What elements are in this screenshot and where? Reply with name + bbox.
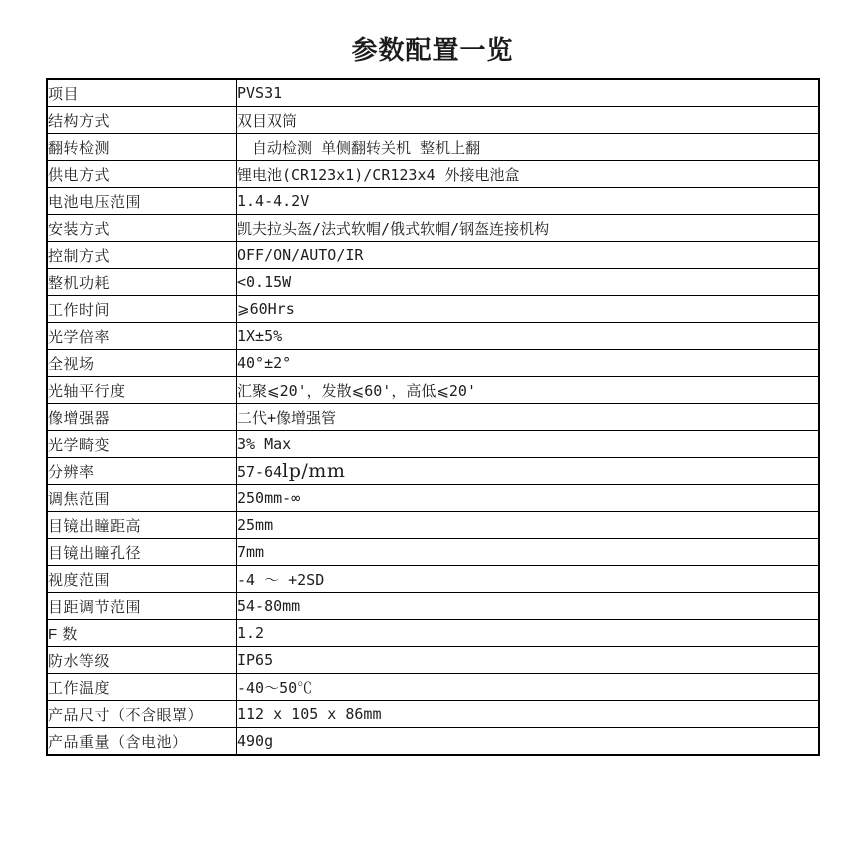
param-value: 双目双筒	[237, 112, 297, 130]
table-row: 调焦范围250mm-∞	[47, 485, 819, 512]
param-value-cell: 1.2	[237, 620, 820, 647]
param-value-cell: IP65	[237, 647, 820, 674]
param-value-cell: PVS31	[237, 79, 820, 107]
param-value: 3% Max	[237, 435, 291, 453]
param-label: 项目	[47, 79, 237, 107]
spec-table: 项目PVS31结构方式双目双筒翻转检测自动检测 单侧翻转关机 整机上翻供电方式锂…	[46, 78, 820, 756]
param-value: PVS31	[237, 84, 282, 102]
param-value: 1.2	[237, 624, 264, 642]
param-value: 7mm	[237, 543, 264, 561]
table-row: 像增强器二代+像增强管	[47, 404, 819, 431]
param-label: 翻转检测	[47, 134, 237, 161]
table-row: 控制方式OFF/ON/AUTO/IR	[47, 242, 819, 269]
param-value: 54-80mm	[237, 597, 300, 615]
param-label: 电池电压范围	[47, 188, 237, 215]
table-row: 目镜出瞳距高25mm	[47, 512, 819, 539]
param-value-cell: 1X±5%	[237, 323, 820, 350]
param-label: 供电方式	[47, 161, 237, 188]
param-value-cell: 双目双筒	[237, 107, 820, 134]
param-label: 防水等级	[47, 647, 237, 674]
table-row: 整机功耗<0.15W	[47, 269, 819, 296]
param-label: 安装方式	[47, 215, 237, 242]
param-value: ⩾60Hrs	[237, 300, 295, 318]
param-label: 目镜出瞳孔径	[47, 539, 237, 566]
param-value-cell: -40～50℃	[237, 674, 820, 701]
table-row: F 数1.2	[47, 620, 819, 647]
param-value: IP65	[237, 651, 273, 669]
table-row: 目距调节范围54-80mm	[47, 593, 819, 620]
table-row: 全视场40°±2°	[47, 350, 819, 377]
param-label: F 数	[47, 620, 237, 647]
param-label: 分辨率	[47, 458, 237, 485]
param-value-cell: 凯夫拉头盔/法式软帽/俄式软帽/钢盔连接机构	[237, 215, 820, 242]
table-row: 安装方式凯夫拉头盔/法式软帽/俄式软帽/钢盔连接机构	[47, 215, 819, 242]
param-value: 1.4-4.2V	[237, 192, 309, 210]
param-value: 112 x 105 x 86mm	[237, 705, 382, 723]
param-value-cell: 490g	[237, 728, 820, 756]
param-value-cell: 112 x 105 x 86mm	[237, 701, 820, 728]
table-row: 视度范围-4 ～ +2SD	[47, 566, 819, 593]
table-row: 光轴平行度汇聚⩽20'，发散⩽60'，高低⩽20'	[47, 377, 819, 404]
param-label: 像增强器	[47, 404, 237, 431]
table-row: 结构方式双目双筒	[47, 107, 819, 134]
param-value: 25mm	[237, 516, 273, 534]
param-label: 工作温度	[47, 674, 237, 701]
table-row: 供电方式锂电池(CR123x1)/CR123x4 外接电池盒	[47, 161, 819, 188]
page-title: 参数配置一览	[0, 30, 865, 67]
param-value: 自动检测 单侧翻转关机 整机上翻	[252, 139, 480, 157]
param-value-suffix: lp/mm	[282, 460, 345, 482]
table-row: 工作时间⩾60Hrs	[47, 296, 819, 323]
param-value-cell: 40°±2°	[237, 350, 820, 377]
param-value-cell: 57-64lp/mm	[237, 458, 820, 485]
param-label: 目距调节范围	[47, 593, 237, 620]
param-value-cell: ⩾60Hrs	[237, 296, 820, 323]
param-label: 全视场	[47, 350, 237, 377]
param-value: 锂电池(CR123x1)/CR123x4 外接电池盒	[237, 166, 520, 184]
param-value-cell: <0.15W	[237, 269, 820, 296]
table-row: 产品重量（含电池）490g	[47, 728, 819, 756]
param-value-cell: 自动检测 单侧翻转关机 整机上翻	[237, 134, 820, 161]
table-row: 项目PVS31	[47, 79, 819, 107]
param-label: 整机功耗	[47, 269, 237, 296]
table-row: 光学倍率1X±5%	[47, 323, 819, 350]
param-value: 490g	[237, 732, 273, 750]
table-row: 目镜出瞳孔径7mm	[47, 539, 819, 566]
table-row: 光学畸变3% Max	[47, 431, 819, 458]
param-value-cell: 二代+像增强管	[237, 404, 820, 431]
param-value-cell: 3% Max	[237, 431, 820, 458]
table-row: 产品尺寸（不含眼罩）112 x 105 x 86mm	[47, 701, 819, 728]
param-value: 250mm-∞	[237, 489, 300, 507]
table-row: 电池电压范围1.4-4.2V	[47, 188, 819, 215]
param-value-cell: 25mm	[237, 512, 820, 539]
param-value-cell: 54-80mm	[237, 593, 820, 620]
param-label: 工作时间	[47, 296, 237, 323]
param-label: 产品尺寸（不含眼罩）	[47, 701, 237, 728]
param-value: 1X±5%	[237, 327, 282, 345]
param-value: 40°±2°	[237, 354, 291, 372]
param-value-cell: -4 ～ +2SD	[237, 566, 820, 593]
param-label: 光轴平行度	[47, 377, 237, 404]
param-label: 光学畸变	[47, 431, 237, 458]
param-value: -4 ～ +2SD	[237, 571, 324, 589]
param-value-cell: 250mm-∞	[237, 485, 820, 512]
param-value: 二代+像增强管	[237, 409, 336, 427]
spec-sheet-page: 参数配置一览 项目PVS31结构方式双目双筒翻转检测自动检测 单侧翻转关机 整机…	[0, 0, 865, 865]
table-row: 防水等级IP65	[47, 647, 819, 674]
param-value-cell: 锂电池(CR123x1)/CR123x4 外接电池盒	[237, 161, 820, 188]
param-value-cell: 1.4-4.2V	[237, 188, 820, 215]
param-value-cell: 7mm	[237, 539, 820, 566]
table-row: 翻转检测自动检测 单侧翻转关机 整机上翻	[47, 134, 819, 161]
param-label: 控制方式	[47, 242, 237, 269]
param-value-cell: OFF/ON/AUTO/IR	[237, 242, 820, 269]
param-value: -40～50℃	[237, 679, 312, 697]
param-label: 结构方式	[47, 107, 237, 134]
param-label: 视度范围	[47, 566, 237, 593]
param-label: 目镜出瞳距高	[47, 512, 237, 539]
param-value: 凯夫拉头盔/法式软帽/俄式软帽/钢盔连接机构	[237, 220, 549, 238]
param-label: 光学倍率	[47, 323, 237, 350]
param-value: OFF/ON/AUTO/IR	[237, 246, 363, 264]
table-row: 分辨率57-64lp/mm	[47, 458, 819, 485]
spec-table-body: 项目PVS31结构方式双目双筒翻转检测自动检测 单侧翻转关机 整机上翻供电方式锂…	[47, 79, 819, 755]
param-value: 57-64	[237, 463, 282, 481]
param-label: 调焦范围	[47, 485, 237, 512]
param-value: <0.15W	[237, 273, 291, 291]
param-label: 产品重量（含电池）	[47, 728, 237, 756]
param-value-cell: 汇聚⩽20'，发散⩽60'，高低⩽20'	[237, 377, 820, 404]
table-row: 工作温度-40～50℃	[47, 674, 819, 701]
param-value: 汇聚⩽20'，发散⩽60'，高低⩽20'	[237, 382, 476, 400]
